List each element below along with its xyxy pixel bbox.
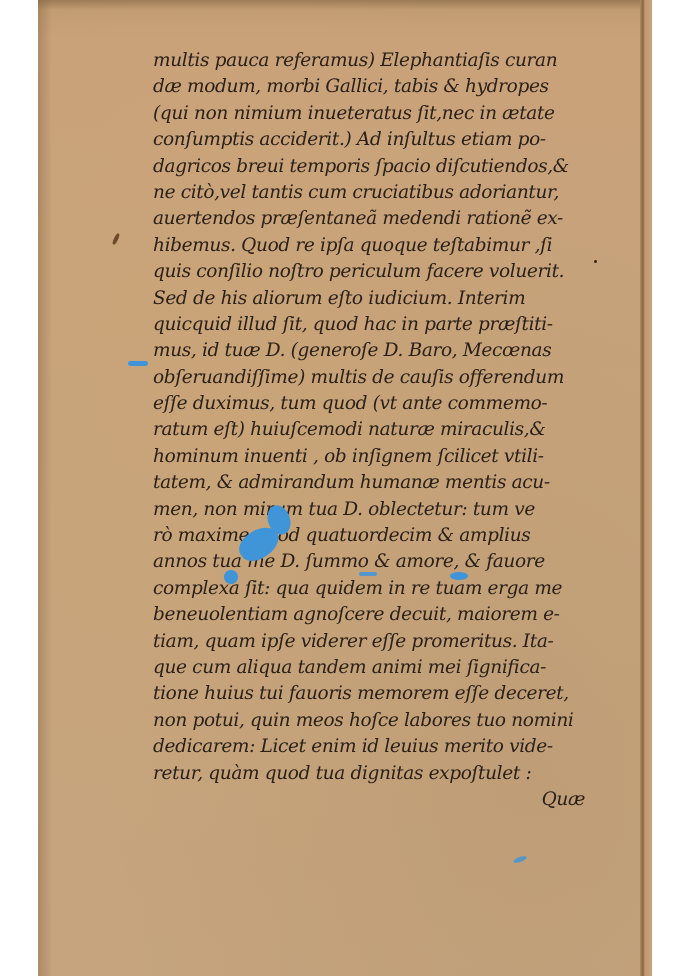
- text-line: Sed de his aliorum eſto iudicium. Interi…: [153, 286, 585, 312]
- text-line: beneuolentiam agnoſcere decuit, maiorem …: [153, 602, 585, 628]
- text-line: que cum aliqua tandem animi mei ſignific…: [153, 655, 585, 681]
- text-line: complexa ſit: qua quidem in re tuam erga…: [153, 576, 585, 602]
- text-line: quis conſilio noſtro periculum facere vo…: [153, 259, 585, 285]
- text-line: ne citò,vel tantis cum cruciatibus adori…: [153, 180, 585, 206]
- blue-ink-stain: [224, 570, 238, 584]
- text-line: retur, quàm quod tua dignitas expoſtulet…: [153, 761, 585, 787]
- text-line: dagricos breui temporis ſpacio diſcutien…: [153, 154, 585, 180]
- text-line: hibemus. Quod re ipſa quoque teſtabimur …: [153, 233, 585, 259]
- text-line: ratum eſt) huiuſcemodi naturæ miraculis,…: [153, 417, 585, 443]
- text-line: mus, id tuæ D. (generoſe D. Baro, Mecœna…: [153, 338, 585, 364]
- text-line: dæ modum, morbi Gallici, tabis & hydrope…: [153, 74, 585, 100]
- text-line: rò maxime quod quatuordecim & amplius: [153, 523, 585, 549]
- catchword: Quæ: [153, 787, 585, 813]
- text-line: (qui non nimium inueteratus ſit,nec in æ…: [153, 101, 585, 127]
- text-line: quicquid illud ſit, quod hac in parte pr…: [153, 312, 585, 338]
- blue-ink-stain: [359, 572, 377, 576]
- margin-dot: [594, 260, 597, 263]
- text-line: eſſe duximus, tum quod (vt ante commemo-: [153, 391, 585, 417]
- text-line: multis pauca referamus) Elephantiaſis cu…: [153, 48, 585, 74]
- blue-ink-stain: [450, 572, 468, 580]
- page-edge: [640, 0, 652, 976]
- text-line: tatem, & admirandum humanæ mentis acu-: [153, 470, 585, 496]
- text-line: tiam, quam ipſe viderer eſſe promeritus.…: [153, 629, 585, 655]
- text-line: hominum inuenti , ob inſignem ſcilicet v…: [153, 444, 585, 470]
- text-line: men, non mirum tua D. oblectetur: tum ve: [153, 497, 585, 523]
- text-line: tione huius tui fauoris memorem eſſe dec…: [153, 681, 585, 707]
- text-line: non potui, quin meos hoſce labores tuo n…: [153, 708, 585, 734]
- text-line: dedicarem: Licet enim id leuius merito v…: [153, 734, 585, 760]
- text-line: conſumptis acciderit.) Ad inſultus etiam…: [153, 127, 585, 153]
- body-text: multis pauca referamus) Elephantiaſis cu…: [153, 48, 585, 813]
- text-line: auertendos præſentaneã medendi rationẽ e…: [153, 206, 585, 232]
- blue-ink-mark: [128, 361, 148, 366]
- text-line: obſeruandiſſime) multis de cauſis offere…: [153, 365, 585, 391]
